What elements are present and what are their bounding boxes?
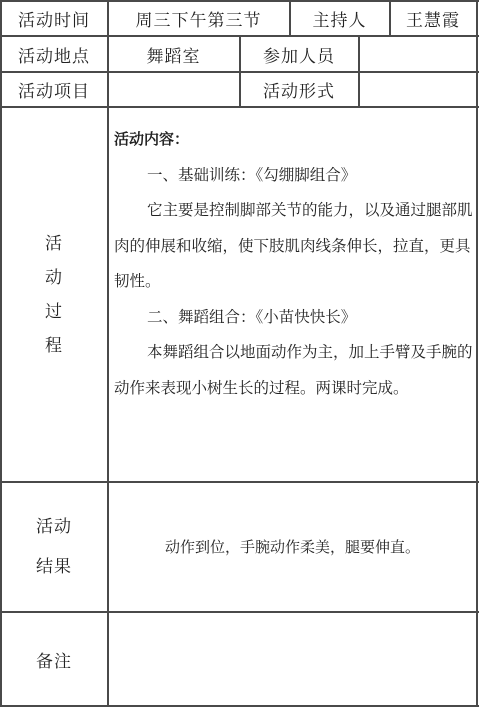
border-bottom: [0, 705, 479, 707]
activity-time-value: 周三下午第三节: [108, 1, 289, 35]
activity-form-label: 活动形式: [240, 72, 358, 106]
remarks-label: 备注: [1, 613, 107, 705]
activity-process-label: 活 动 过 程: [1, 108, 107, 481]
section-heading-1: 一、基础训练：《勾绷脚组合》: [114, 158, 474, 194]
activity-result-value: 动作到位，手腕动作柔美，腿要伸直。: [108, 481, 477, 611]
remarks-value: [108, 613, 476, 705]
activity-result-label: 活动 结果: [1, 483, 107, 611]
result-label-line: 活动: [36, 507, 72, 547]
activity-time-label: 活动时间: [1, 1, 107, 35]
activity-place-label: 活动地点: [1, 37, 107, 71]
process-label-char: 活: [45, 227, 63, 261]
process-label-char: 动: [45, 261, 63, 295]
activity-project-label: 活动项目: [1, 72, 107, 106]
activity-form-value: [359, 72, 476, 106]
section-paragraph-1: 它主要是控制脚部关节的能力，以及通过腿部肌肉的伸展和收缩，使下肢肌肉线条伸长，拉…: [114, 193, 474, 300]
host-value: 王慧霞: [390, 1, 476, 35]
result-label-line: 结果: [36, 547, 72, 587]
process-label-char: 过: [45, 295, 63, 329]
activity-place-value: 舞蹈室: [108, 37, 239, 71]
host-label: 主持人: [290, 1, 389, 35]
activity-project-value: [108, 72, 239, 106]
participants-label: 参加人员: [240, 37, 358, 71]
section-heading-2: 二、舞蹈组合：《小苗快快长》: [114, 300, 474, 336]
activity-process-content: 活动内容： 一、基础训练：《勾绷脚组合》 它主要是控制脚部关节的能力，以及通过腿…: [114, 122, 474, 406]
participants-value: [359, 37, 476, 71]
content-title: 活动内容：: [114, 122, 474, 158]
activity-record-table: 活动时间 周三下午第三节 主持人 王慧霞 活动地点 舞蹈室 参加人员 活动项目 …: [0, 0, 479, 708]
process-label-char: 程: [45, 329, 63, 363]
section-paragraph-2: 本舞蹈组合以地面动作为主，加上手臂及手腕的动作来表现小树生长的过程。两课时完成。: [114, 335, 474, 406]
